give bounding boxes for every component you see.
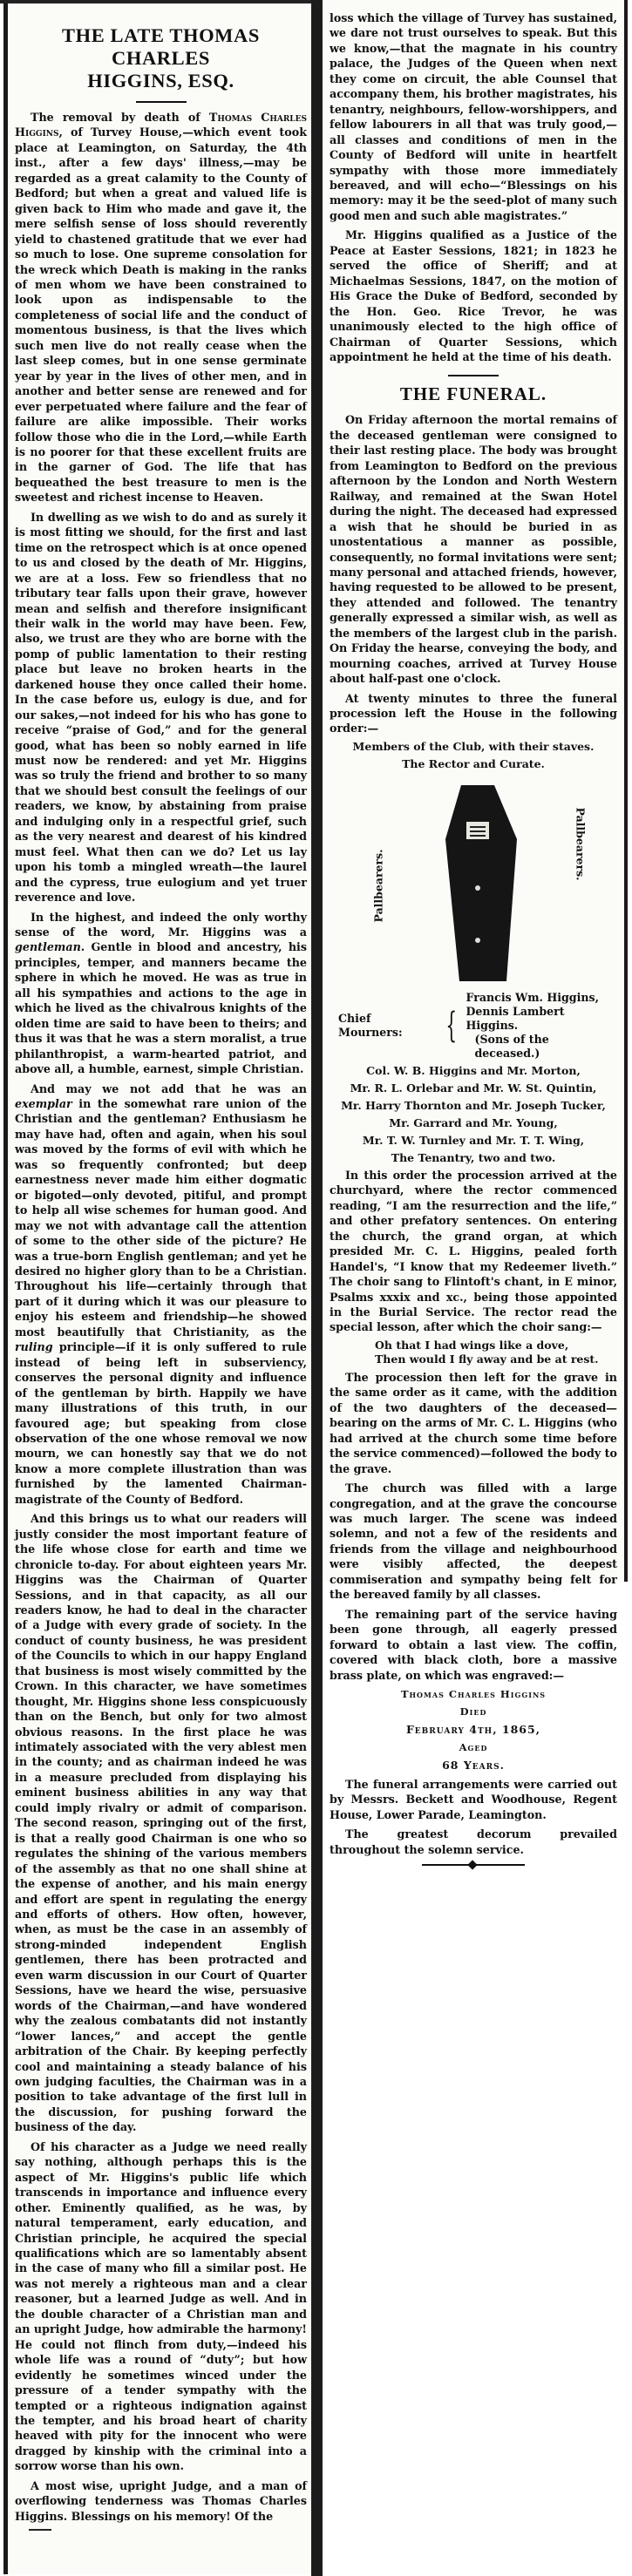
funeral-paragraph-1: On Friday afternoon the mortal remains o… bbox=[330, 412, 617, 686]
text: principle—if it is only suffered to rule… bbox=[15, 1340, 307, 1506]
paragraph-closing: A most wise, upright Judge, and a man of… bbox=[15, 2478, 307, 2524]
plate-name: Thomas Charles Higgins bbox=[330, 1688, 617, 1700]
brace-icon: { bbox=[445, 1008, 457, 1043]
end-ornament-rule bbox=[422, 1864, 525, 1866]
paragraph-qualified: Mr. Higgins qualified as a Justice of th… bbox=[330, 227, 617, 364]
left-column: THE LATE THOMAS CHARLES HIGGINS, ESQ. Th… bbox=[3, 3, 312, 2574]
mourner-name: Francis Wm. Higgins, bbox=[466, 991, 617, 1005]
order-line-club: Members of the Club, with their staves. bbox=[330, 739, 617, 754]
follower-line: Mr. Harry Thornton and Mr. Joseph Tucker… bbox=[330, 1098, 617, 1113]
follower-line: Mr. R. L. Orlebar and Mr. W. St. Quintin… bbox=[330, 1081, 617, 1095]
follower-line: Mr. T. W. Turnley and Mr. T. T. Wing, bbox=[330, 1133, 617, 1148]
headline-line-2: HIGGINS, ESQ. bbox=[15, 70, 307, 92]
chief-mourners-label: Chief Mourners: bbox=[338, 1012, 437, 1040]
order-line-rector: The Rector and Curate. bbox=[330, 756, 617, 771]
section-rule bbox=[448, 375, 499, 376]
headline-line-1: THE LATE THOMAS CHARLES bbox=[15, 24, 307, 70]
mourner-note: (Sons of the deceased.) bbox=[474, 1033, 617, 1061]
plate-aged: Aged bbox=[330, 1741, 617, 1753]
follower-line: Mr. Garrard and Mr. Young, bbox=[330, 1115, 617, 1130]
lead-rest: , of Turvey House,—which event took plac… bbox=[15, 125, 307, 504]
funeral-paragraph-8: The greatest decorum prevailed throughou… bbox=[330, 1827, 617, 1857]
column-divider bbox=[311, 0, 323, 2576]
article-headline: THE LATE THOMAS CHARLES HIGGINS, ESQ. bbox=[15, 24, 307, 92]
verse-line: Oh that I had wings like a dove, bbox=[375, 1339, 617, 1352]
funeral-paragraph-3: In this order the procession arrived at … bbox=[330, 1168, 617, 1335]
pallbearers-right-label: Pallbearers. bbox=[574, 807, 587, 880]
lead-prefix: The removal by death of bbox=[31, 111, 209, 124]
funeral-paragraph-5: The church was filled with a large congr… bbox=[330, 1481, 617, 1603]
plate-years: 68 Years. bbox=[330, 1759, 617, 1772]
paragraph-turvey: loss which the village of Turvey has sus… bbox=[330, 10, 617, 223]
chief-mourners: Chief Mourners: { Francis Wm. Higgins, D… bbox=[338, 991, 617, 1061]
emphasis: exemplar bbox=[15, 1097, 72, 1110]
plate-died: Died bbox=[330, 1705, 617, 1718]
funeral-heading: THE FUNERAL. bbox=[330, 383, 617, 405]
paragraph-chairman: And this brings us to what our readers w… bbox=[15, 1511, 307, 2135]
paragraph-retrospect: In dwelling as we wish to do and as sure… bbox=[15, 510, 307, 905]
coffin-plate-inscription: Thomas Charles Higgins Died February 4th… bbox=[330, 1688, 617, 1772]
plate-date: February 4th, 1865, bbox=[330, 1723, 617, 1736]
coffin-diagram: Pallbearers. Pallbearers. bbox=[330, 776, 617, 986]
hymn-verse: Oh that I had wings like a dove, Then wo… bbox=[375, 1339, 617, 1366]
right-column: loss which the village of Turvey has sus… bbox=[323, 0, 628, 1582]
text: And may we not add that he was an bbox=[31, 1082, 307, 1095]
text: . Gentle in blood and ancestry, his prin… bbox=[15, 940, 307, 1075]
pallbearers-left-label: Pallbearers. bbox=[371, 849, 384, 922]
follower-line: The Tenantry, two and two. bbox=[330, 1150, 617, 1165]
headline-rule bbox=[136, 101, 187, 103]
footnote-rule bbox=[29, 2529, 51, 2531]
verse-line: Then would I fly away and be at rest. bbox=[375, 1352, 617, 1366]
lead-paragraph: The removal by death of Thomas Charles H… bbox=[15, 110, 307, 505]
funeral-paragraph-7: The funeral arrangements were carried ou… bbox=[330, 1777, 617, 1822]
funeral-paragraph-6: The remaining part of the service having… bbox=[330, 1607, 617, 1683]
funeral-paragraph-2: At twenty minutes to three the funeral p… bbox=[330, 691, 617, 736]
coffin-icon bbox=[444, 785, 519, 981]
chief-mourners-names: Francis Wm. Higgins, Dennis Lambert Higg… bbox=[466, 991, 617, 1061]
paragraph-gentleman: In the highest, and indeed the only wort… bbox=[15, 910, 307, 1077]
emphasis: gentleman bbox=[15, 940, 81, 953]
paragraph-exemplar: And may we not add that he was an exempl… bbox=[15, 1081, 307, 1508]
paragraph-judge: Of his character as a Judge we need real… bbox=[15, 2139, 307, 2474]
funeral-paragraph-4: The procession then left for the grave i… bbox=[330, 1370, 617, 1476]
emphasis: ruling bbox=[15, 1340, 53, 1353]
mourner-name: Dennis Lambert Higgins. bbox=[466, 1005, 617, 1033]
text: In the highest, and indeed the only wort… bbox=[15, 911, 307, 939]
follower-line: Col. W. B. Higgins and Mr. Morton, bbox=[330, 1063, 617, 1078]
followers-list: Col. W. B. Higgins and Mr. Morton, Mr. R… bbox=[330, 1063, 617, 1165]
text: in the somewhat rare union of the Christ… bbox=[15, 1097, 307, 1339]
